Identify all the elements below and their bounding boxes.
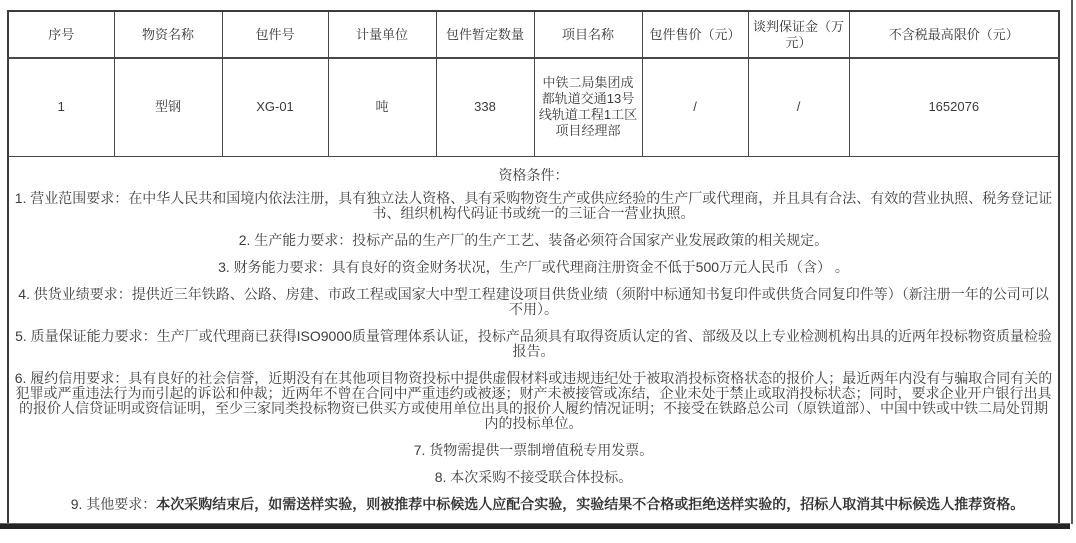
qualification-item-6: 6. 履约信用要求：具有良好的社会信誉，近期没有在其他项目物资投标中提供虚假材料… bbox=[13, 371, 1054, 431]
header-cell-max-price: 不含税最高限价（元） bbox=[849, 11, 1059, 58]
header-cell-quantity: 包件暂定数量 bbox=[436, 11, 534, 58]
qualification-item-5: 5. 质量保证能力要求：生产厂或代理商已获得ISO9000质量管理体系认证，投标… bbox=[13, 329, 1054, 359]
cell-price: / bbox=[642, 58, 748, 156]
qualification-item-9: 9. 其他要求：本次采购结束后，如需送样实验，则被推荐中标候选人应配合实验，实验… bbox=[13, 497, 1054, 512]
qualifications-section: 资格条件： 1. 营业范围要求：在中华人民共和国境内依法注册，具有独立法人资格、… bbox=[8, 156, 1059, 524]
table-data-row: 1 型钢 XG-01 吨 338 中铁二局集团成都轨道交通13号线轨道工程1工区… bbox=[8, 58, 1059, 156]
cell-unit: 吨 bbox=[328, 58, 436, 156]
cell-seq: 1 bbox=[8, 58, 114, 156]
table-header-row: 序号 物资名称 包件号 计量单位 包件暂定数量 项目名称 包件售价（元） 谈判保… bbox=[8, 11, 1059, 58]
qualification-item-7: 7. 货物需提供一票制增值税专用发票。 bbox=[13, 443, 1054, 458]
window-right-edge bbox=[1071, 0, 1073, 524]
qualification-item-4: 4. 供货业绩要求：提供近三年铁路、公路、房建、市政工程或国家大中型工程建设项目… bbox=[13, 287, 1054, 317]
cell-material: 型钢 bbox=[114, 58, 222, 156]
header-cell-unit: 计量单位 bbox=[328, 11, 436, 58]
cell-deposit: / bbox=[748, 58, 849, 156]
cell-max-price: 1652076 bbox=[849, 58, 1059, 156]
qualifications-heading: 资格条件： bbox=[13, 168, 1054, 183]
procurement-table: 序号 物资名称 包件号 计量单位 包件暂定数量 项目名称 包件售价（元） 谈判保… bbox=[7, 10, 1060, 525]
qualification-item-8: 8. 本次采购不接受联合体投标。 bbox=[13, 470, 1054, 485]
qualification-item-1: 1. 营业范围要求：在中华人民共和国境内依法注册，具有独立法人资格、具有采购物资… bbox=[13, 191, 1054, 221]
header-cell-material: 物资名称 bbox=[114, 11, 222, 58]
header-cell-project: 项目名称 bbox=[534, 11, 642, 58]
qualification-item-2: 2. 生产能力要求：投标产品的生产厂的生产工艺、装备必须符合国家产业发展政策的相… bbox=[13, 233, 1054, 248]
horizontal-scrollbar[interactable] bbox=[0, 523, 1070, 529]
header-cell-seq: 序号 bbox=[8, 11, 114, 58]
qualification-item-9-prefix: 9. 其他要求： bbox=[71, 496, 157, 512]
header-cell-deposit: 谈判保证金（万元） bbox=[748, 11, 849, 58]
qualification-item-3: 3. 财务能力要求：具有良好的资金财务状况，生产厂或代理商注册资金不低于500万… bbox=[13, 260, 1054, 275]
cell-project: 中铁二局集团成都轨道交通13号线轨道工程1工区项目经理部 bbox=[534, 58, 642, 156]
header-cell-price: 包件售价（元） bbox=[642, 11, 748, 58]
qualifications-row: 资格条件： 1. 营业范围要求：在中华人民共和国境内依法注册，具有独立法人资格、… bbox=[8, 156, 1059, 524]
cell-package-no: XG-01 bbox=[222, 58, 328, 156]
qualification-item-9-emphasis: 本次采购结束后，如需送样实验，则被推荐中标候选人应配合实验，实验结果不合格或拒绝… bbox=[156, 496, 1024, 512]
cell-quantity: 338 bbox=[436, 58, 534, 156]
procurement-notice-page: 序号 物资名称 包件号 计量单位 包件暂定数量 项目名称 包件售价（元） 谈判保… bbox=[0, 0, 1076, 543]
header-cell-package-no: 包件号 bbox=[222, 11, 328, 58]
